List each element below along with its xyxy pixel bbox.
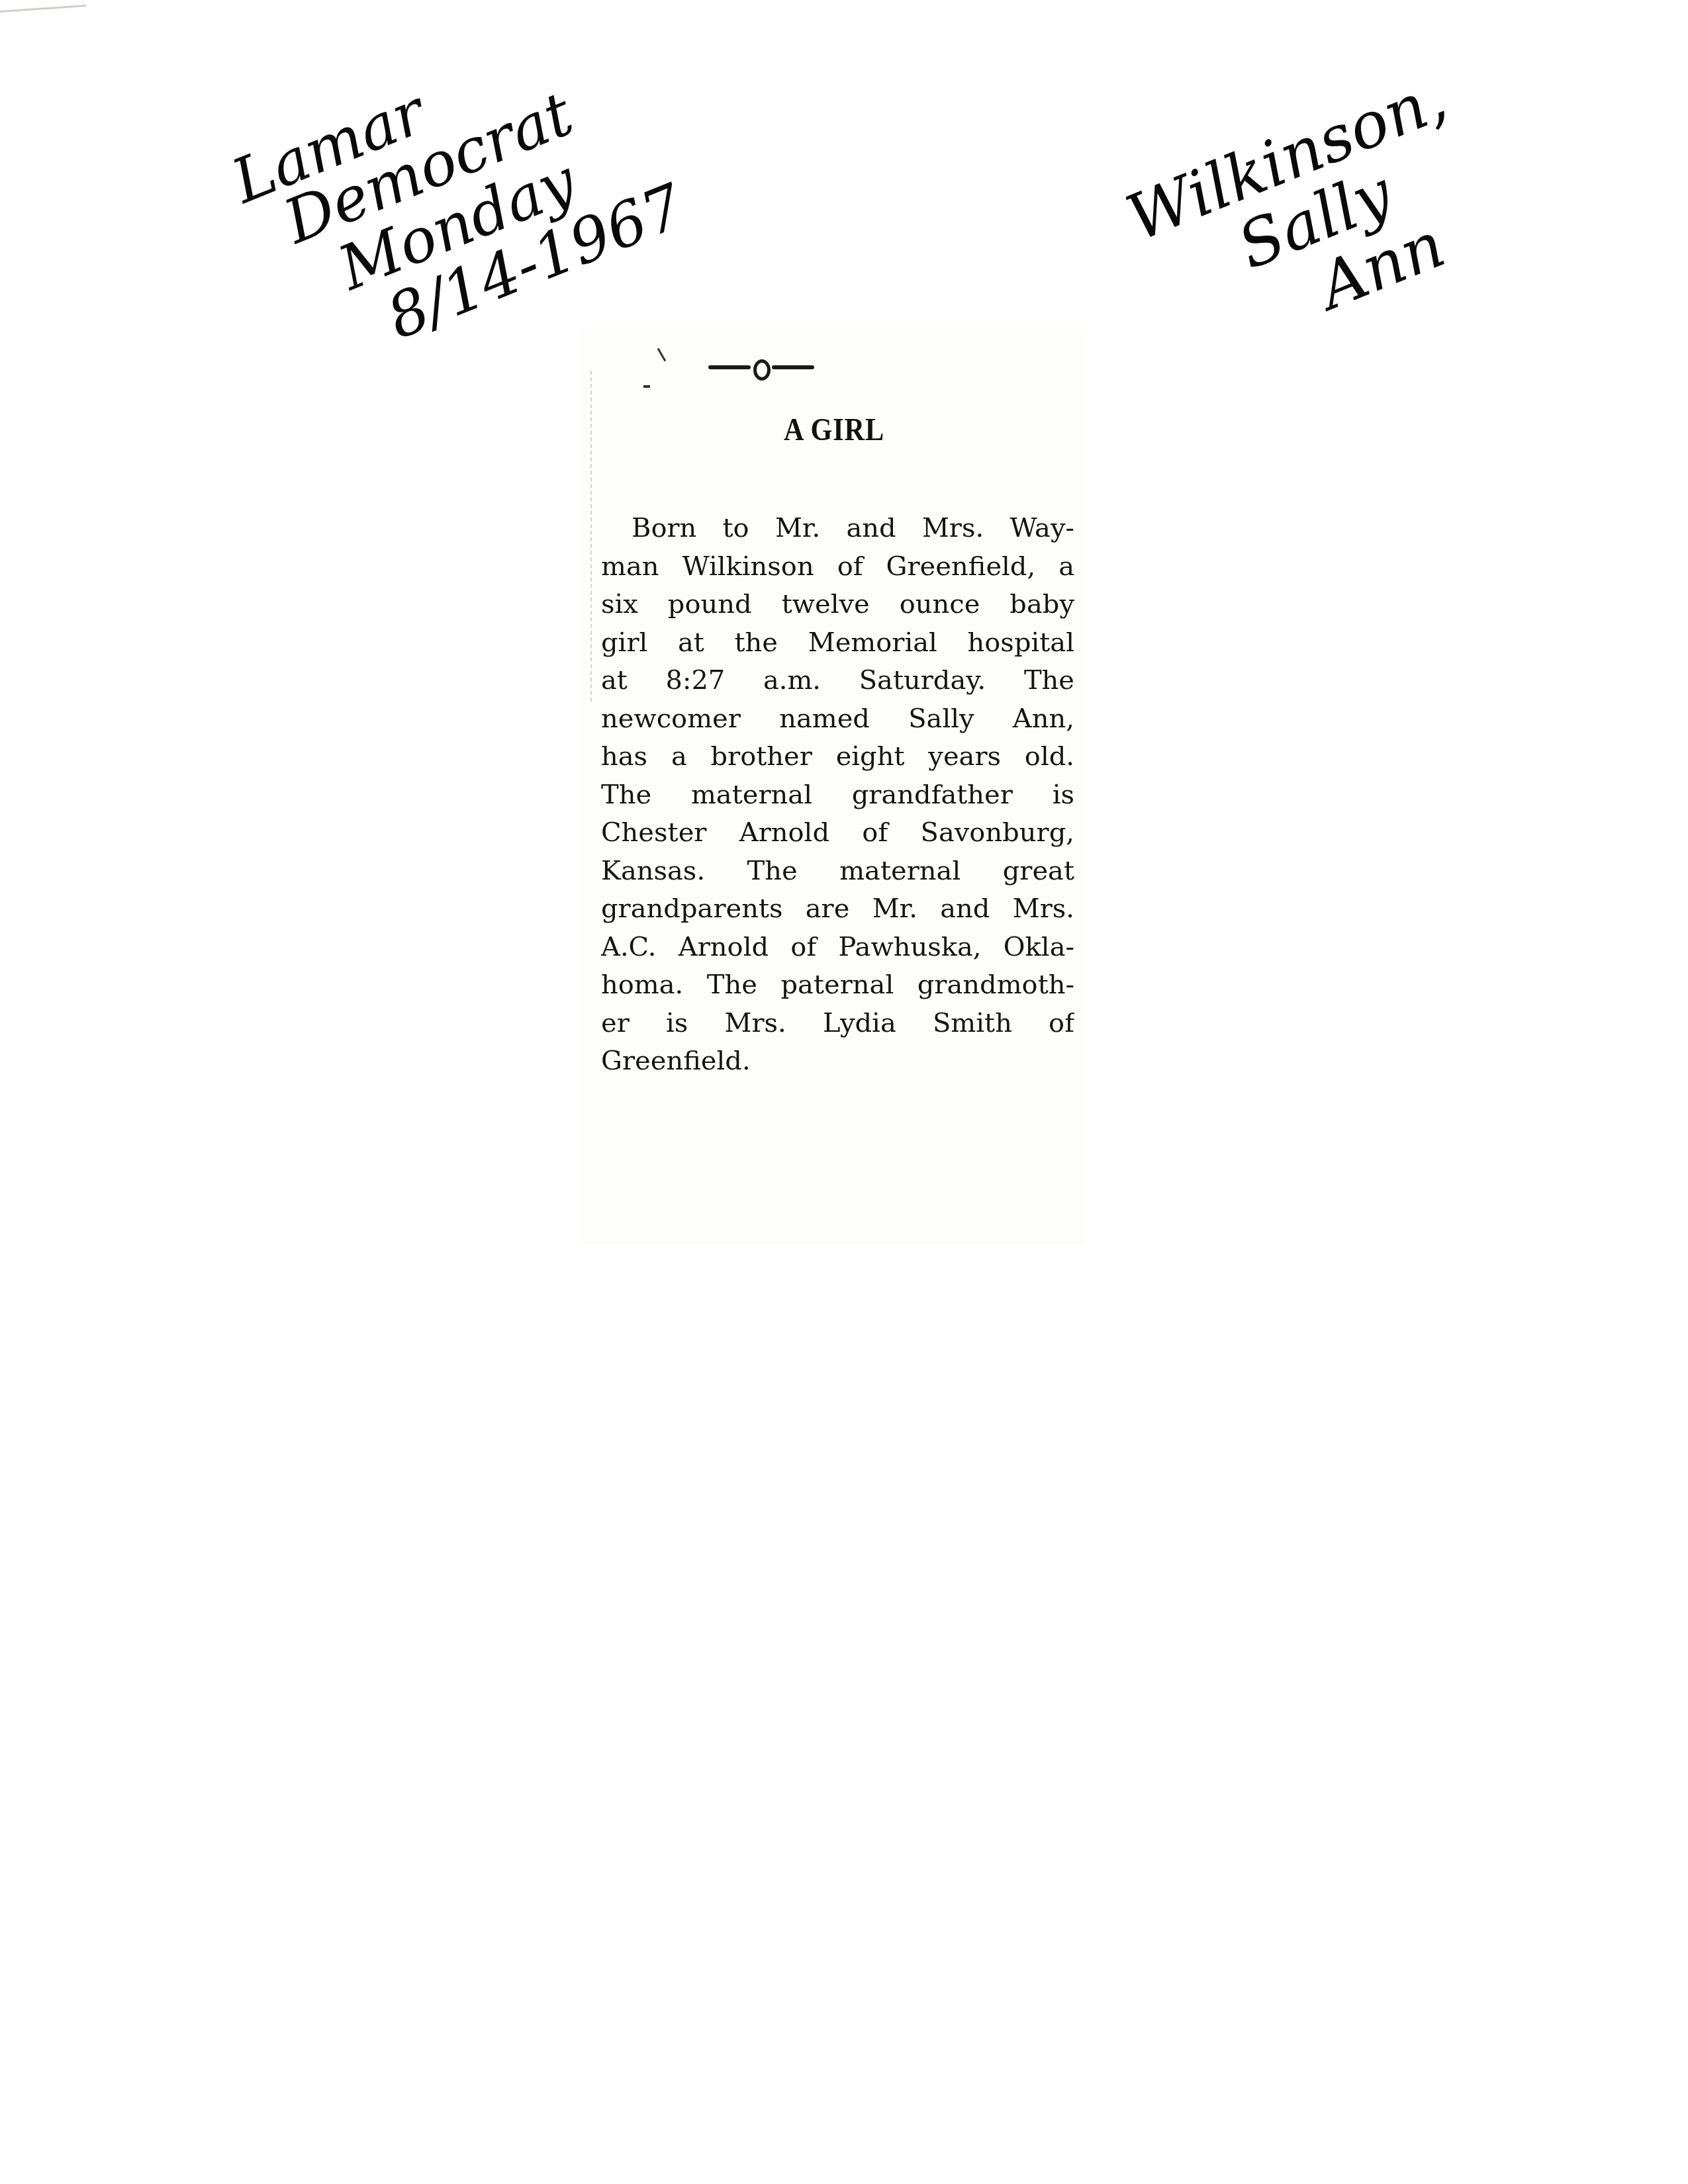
article-body: Born to Mr. and Mrs. Way-man Wilkinson o… — [601, 510, 1074, 1081]
handwritten-source-note: Lamar Democrat Monday 8/14-1967 — [218, 5, 692, 386]
article-line: Kansas. The maternal great — [601, 852, 1074, 891]
rule-ornament-icon — [708, 357, 814, 377]
newspaper-clipping: A GIRL Born to Mr. and Mrs. Way-man Wilk… — [583, 331, 1086, 1244]
scan-speck — [643, 385, 650, 388]
article-line: newcomer named Sally Ann, — [601, 700, 1074, 739]
scan-edge-artifact — [0, 0, 86, 13]
article-line: man Wilkinson of Greenfield, a — [601, 548, 1074, 586]
article-line: six pound twelve ounce baby — [601, 586, 1074, 624]
article-headline: A GIRL — [613, 412, 1056, 448]
article-line: A.C. Arnold of Pawhuska, Okla- — [601, 929, 1074, 967]
article-line: girl at the Memorial hospital — [601, 624, 1074, 662]
article-line: at 8:27 a.m. Saturday. The — [601, 662, 1074, 700]
clipping-cut-edge — [590, 371, 592, 702]
article-line: Born to Mr. and Mrs. Way- — [601, 510, 1074, 548]
scan-speck — [657, 348, 667, 362]
article-line: homa. The paternal grandmoth- — [601, 966, 1074, 1005]
article-line: er is Mrs. Lydia Smith of — [601, 1005, 1074, 1043]
article-line: The maternal grandfather is — [601, 776, 1074, 815]
handwritten-name-note: Wilkinson, Sally Ann — [1119, 66, 1505, 377]
article-line: Greenfield. — [601, 1042, 1074, 1081]
article-line: Chester Arnold of Savonburg, — [601, 814, 1074, 852]
article-line: grandparents are Mr. and Mrs. — [601, 890, 1074, 929]
article-line: has a brother eight years old. — [601, 738, 1074, 776]
